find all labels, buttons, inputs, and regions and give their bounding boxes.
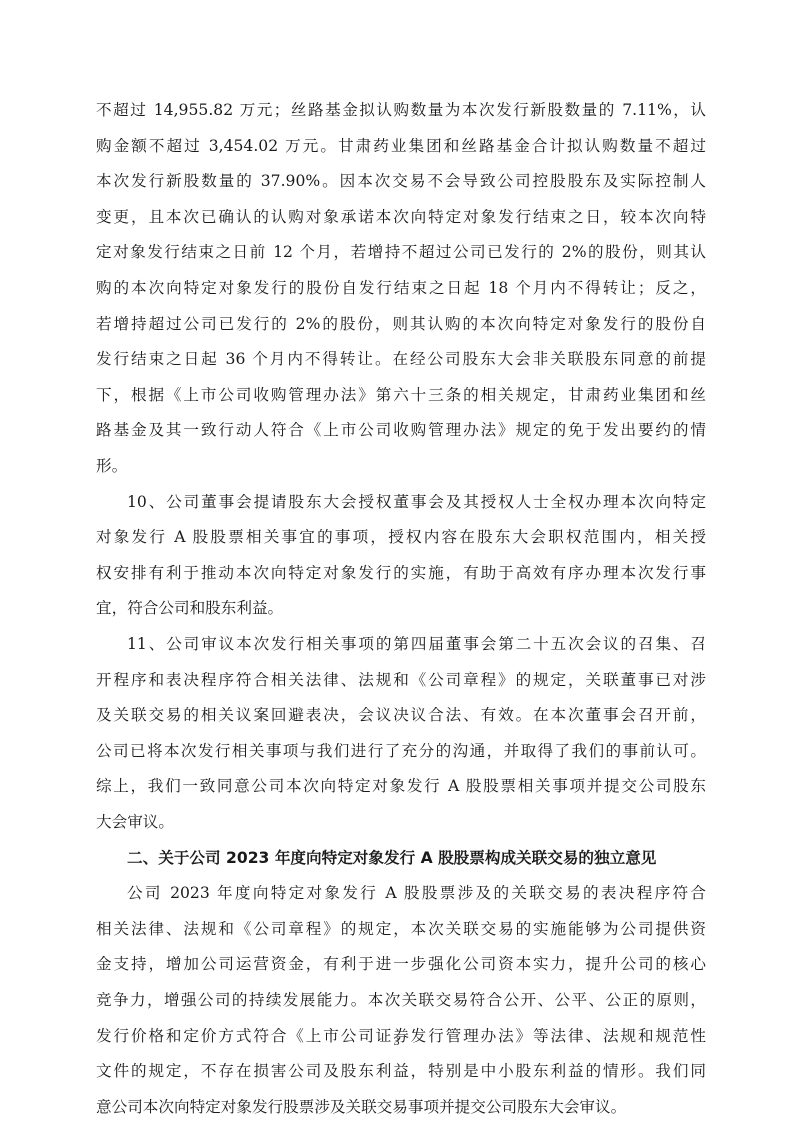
text-line: 发行结束之日起 36 个月内不得转让。在经公司股东大会非关联股东同意的前提 (96, 347, 706, 371)
section-heading: 二、关于公司 2023 年度向特定对象发行 A 股股票构成关联交易的独立意见 (127, 846, 706, 870)
document-page: 不超过 14,955.82 万元；丝路基金拟认购数量为本次发行新股数量的 7.1… (0, 0, 793, 1122)
text-line: 定对象发行结束之日前 12 个月，若增持不超过公司已发行的 2%的股份，则其认 (96, 240, 706, 264)
text-line: 形。 (96, 454, 706, 478)
text-line: 11、公司审议本次发行相关事项的第四届董事会第二十五次会议的召集、召 (127, 632, 706, 656)
text-line: 公司已将本次发行相关事项与我们进行了充分的沟通，并取得了我们的事前认可。 (96, 739, 706, 763)
text-line: 大会审议。 (96, 810, 706, 834)
text-line: 相关法律、法规和《公司章程》的规定，本次关联交易的实施能够为公司提供资 (96, 917, 706, 941)
text-line: 不超过 14,955.82 万元；丝路基金拟认购数量为本次发行新股数量的 7.1… (96, 98, 706, 122)
text-line: 本次发行新股数量的 37.90%。因本次交易不会导致公司控股股东及实际控制人 (96, 169, 706, 193)
text-line: 购的本次向特定对象发行的股份自发行结束之日起 18 个月内不得转让；反之， (96, 276, 706, 300)
text-line: 开程序和表决程序符合相关法律、法规和《公司章程》的规定，关联董事已对涉 (96, 668, 706, 692)
text-line: 购金额不超过 3,454.02 万元。甘肃药业集团和丝路基金合计拟认购数量不超过 (96, 134, 706, 158)
text-line: 意公司本次向特定对象发行股票涉及关联交易事项并提交公司股东大会审议。 (96, 1095, 706, 1119)
page-number: 3 (0, 1034, 793, 1049)
text-line: 变更，且本次已确认的认购对象承诺本次向特定对象发行结束之日，较本次向特 (96, 205, 706, 229)
text-line: 宜，符合公司和股东利益。 (96, 596, 706, 620)
text-line: 金支持，增加公司运营资金，有利于进一步强化公司资本实力，提升公司的核心 (96, 952, 706, 976)
text-line: 综上，我们一致同意公司本次向特定对象发行 A 股股票相关事项并提交公司股东 (96, 774, 706, 798)
text-line: 若增持超过公司已发行的 2%的股份，则其认购的本次向特定对象发行的股份自 (96, 312, 706, 336)
text-line: 对象发行 A 股股票相关事宜的事项，授权内容在股东大会职权范围内，相关授 (96, 525, 706, 549)
text-line: 竞争力，增强公司的持续发展能力。本次关联交易符合公开、公平、公正的原则， (96, 988, 706, 1012)
text-line: 10、公司董事会提请股东大会授权董事会及其授权人士全权办理本次向特定 (127, 490, 706, 514)
text-line: 下，根据《上市公司收购管理办法》第六十三条的相关规定，甘肃药业集团和丝 (96, 383, 706, 407)
text-line: 权安排有利于推动本次向特定对象发行的实施，有助于高效有序办理本次发行事 (96, 561, 706, 585)
text-line: 及关联交易的相关议案回避表决，会议决议合法、有效。在本次董事会召开前， (96, 703, 706, 727)
text-line: 文件的规定，不存在损害公司及股东利益，特别是中小股东利益的情形。我们同 (96, 1059, 706, 1083)
text-line: 公司 2023 年度向特定对象发行 A 股股票涉及的关联交易的表决程序符合 (127, 881, 706, 905)
text-line: 路基金及其一致行动人符合《上市公司收购管理办法》规定的免于发出要约的情 (96, 418, 706, 442)
